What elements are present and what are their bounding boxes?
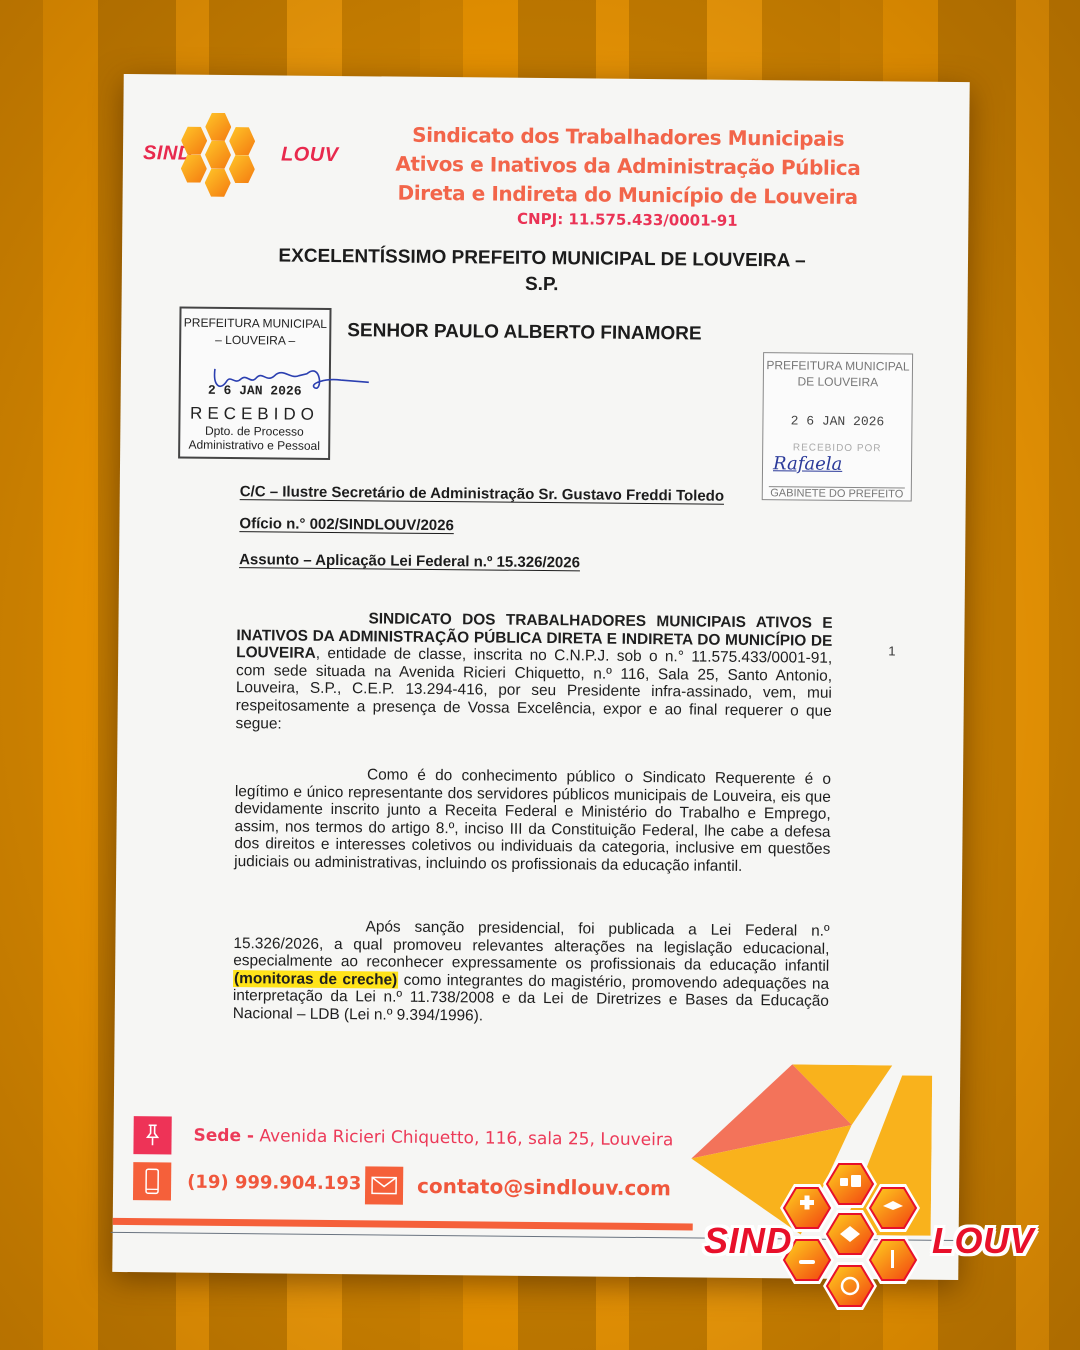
stamp-line: PREFEITURA MUNICIPAL	[764, 357, 912, 374]
hex-icon	[205, 141, 231, 169]
pin-icon	[133, 1116, 171, 1154]
hex-icon	[205, 169, 231, 197]
header-logo: SIND LOUV	[143, 106, 344, 208]
stamp-status: RECEBIDO	[180, 404, 328, 425]
stamp-header: PREFEITURA MUNICIPAL – LOUVEIRA –	[181, 315, 329, 350]
footer-phone: (19) 999.904.193	[133, 1162, 362, 1202]
cabinet-stamp: PREFEITURA MUNICIPAL DE LOUVEIRA 2 6 JAN…	[762, 352, 913, 501]
hex-icon	[229, 155, 255, 183]
signature-icon	[211, 357, 371, 399]
document-page: SIND LOUV Sindicato dos Trabalhadores Mu…	[112, 74, 969, 1280]
union-cnpj: CNPJ: 11.575.433/0001-91	[377, 208, 877, 231]
stamp-line: DE LOUVEIRA	[764, 373, 912, 390]
hex-icon	[229, 127, 255, 155]
addressee-heading: EXCELENTÍSSIMO PREFEITO MUNICIPAL DE LOU…	[242, 243, 842, 301]
oficio-number: Ofício n.° 002/SINDLOUV/2026	[239, 515, 454, 534]
overlay-logo-louv: LOUV	[932, 1220, 1034, 1262]
stamp-line: Dpto. de Processo	[180, 424, 328, 439]
stamp-line: PREFEITURA MUNICIPAL	[181, 315, 329, 333]
overlay-logo-sind: SIND	[704, 1220, 792, 1262]
paragraph-text: Como é do conhecimento público o Sindica…	[234, 766, 831, 875]
paragraph-2: Como é do conhecimento público o Sindica…	[234, 765, 831, 876]
footer-bar	[113, 1218, 693, 1231]
overlay-logo: SIND LOUV	[700, 1150, 1050, 1350]
highlighted-text: (monitoras de creche)	[233, 970, 398, 989]
address-label: Sede -	[193, 1126, 254, 1147]
stamp-signature: Rafaela	[763, 453, 911, 475]
paragraph-1: SINDICATO DOS TRABALHADORES MUNICIPAIS A…	[235, 609, 832, 738]
email-address[interactable]: contato@sindlouv.com	[417, 1174, 671, 1200]
union-name-line: Direta e Indireta do Município de Louvei…	[378, 178, 878, 212]
stamp-office: GABINETE DO PREFEITO	[769, 486, 905, 500]
footer-address: Sede - Avenida Ricieri Chiquetto, 116, s…	[133, 1116, 673, 1159]
footer-email: contato@sindlouv.com	[365, 1166, 671, 1207]
union-name: Sindicato dos Trabalhadores Municipais A…	[378, 120, 879, 212]
phone-number[interactable]: (19) 999.904.193	[187, 1171, 361, 1194]
union-name-line: Ativos e Inativos da Administração Públi…	[378, 149, 878, 183]
stamp-header: PREFEITURA MUNICIPAL DE LOUVEIRA	[764, 357, 912, 390]
paragraph-3: Após sanção presidencial, foi publicada …	[233, 917, 830, 1028]
stamp-department: Dpto. de Processo Administrativo e Pesso…	[180, 424, 328, 453]
mail-icon	[365, 1166, 403, 1204]
hex-icon	[205, 113, 231, 141]
received-stamp: PREFEITURA MUNICIPAL – LOUVEIRA – 2 6 JA…	[178, 307, 331, 460]
address-value: Avenida Ricieri Chiquetto, 116, sala 25,…	[254, 1126, 673, 1150]
phone-icon	[133, 1162, 171, 1200]
paragraph-text: Após sanção presidencial, foi publicada …	[233, 918, 829, 975]
address-text: Sede - Avenida Ricieri Chiquetto, 116, s…	[193, 1126, 673, 1151]
stamp-date: 2 6 JAN 2026	[763, 413, 911, 429]
cc-line: C/C – Ilustre Secretário de Administraçã…	[240, 483, 724, 505]
subject-line: Assunto – Aplicação Lei Federal n.º 15.3…	[239, 551, 580, 571]
stamp-line: Administrativo e Pessoal	[180, 438, 328, 453]
logo-text-louv: LOUV	[281, 143, 339, 167]
page-number: 1	[888, 643, 895, 658]
recipient-name: SENHOR PAULO ALBERTO FINAMORE	[347, 320, 702, 345]
paragraph-text: , entidade de classe, inscrita no C.N.P.…	[235, 645, 832, 732]
stamp-line: – LOUVEIRA –	[181, 332, 329, 350]
